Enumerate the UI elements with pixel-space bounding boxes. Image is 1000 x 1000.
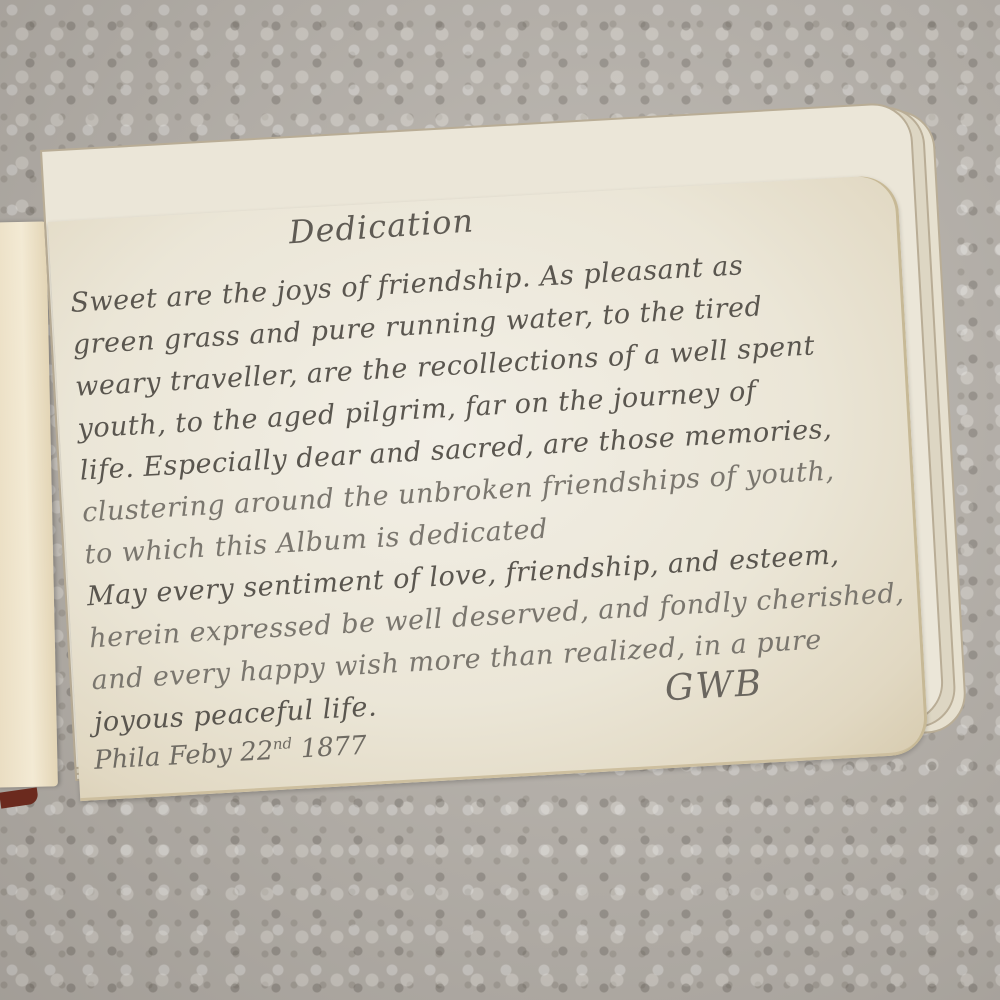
year: 1877 [300,731,368,765]
page-title: Dedication [288,201,475,251]
place: Phila [93,742,161,776]
date-ordinal: nd [272,734,292,753]
date: Feby 22 [168,736,274,772]
dedication-text: Sweet are the joys of friendship. As ple… [69,237,923,745]
signature-initials: GWB [664,663,764,709]
album-page: Dedication Sweet are the joys of friends… [48,175,929,802]
book-cover-corner [0,787,39,808]
